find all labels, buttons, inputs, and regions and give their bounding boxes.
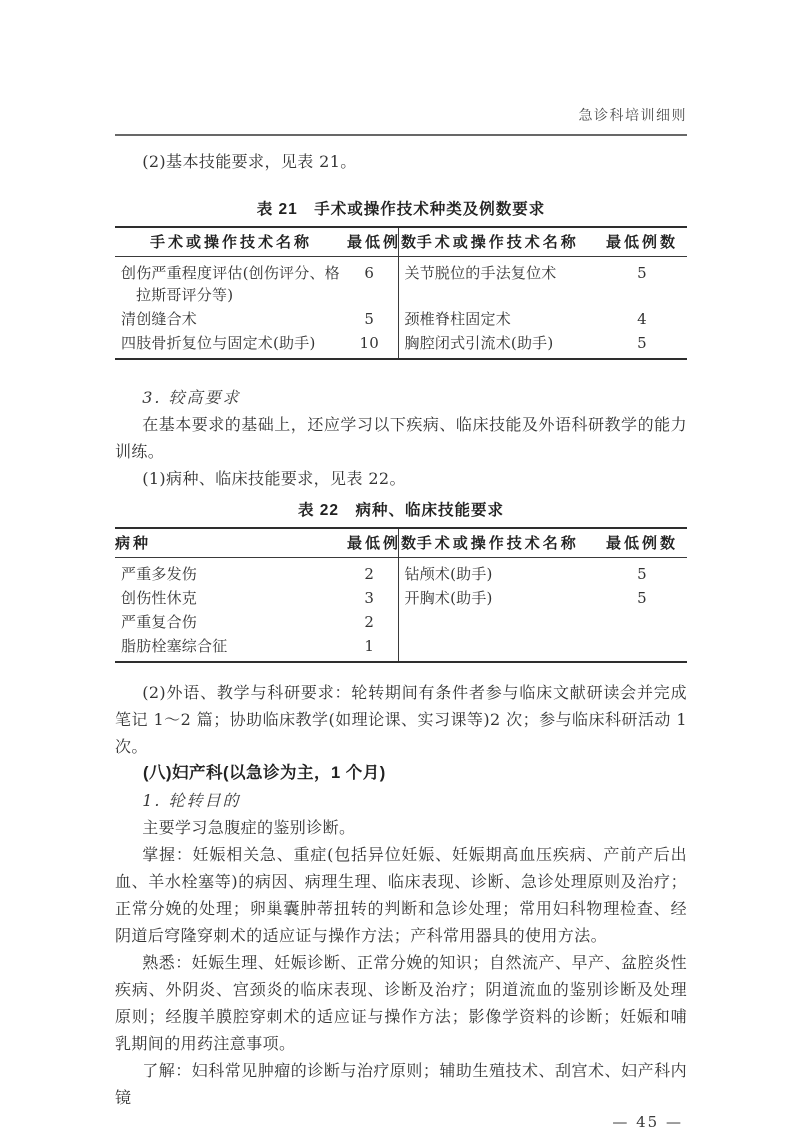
table22-header-count-right: 最低例数: [597, 528, 687, 558]
paragraph-higher-requirements: 在基本要求的基础上，还应学习以下疾病、临床技能及外语科研教学的能力训练。: [115, 411, 687, 465]
paragraph-understand: 了解：妇科常见肿瘤的诊断与治疗原则；辅助生殖技术、刮宫术、妇产科内镜: [115, 1057, 687, 1111]
table-row: 创伤严重程度评估(创伤评分、格拉斯哥评分等) 6 关节脱位的手法复位术 5: [115, 257, 687, 308]
min-cases-cell: 2: [347, 610, 398, 634]
paragraph-master: 掌握：妊娠相关急、重症(包括异位妊娠、妊娠期高血压疾病、产前产后出血、羊水栓塞等…: [115, 841, 687, 949]
table21-header-name-left: 手术或操作技术名称: [115, 227, 347, 257]
procedure-name-cell: [398, 610, 597, 634]
min-cases-cell: 1: [347, 634, 398, 662]
table-row: 创伤性休克 3 开胸术(助手) 5: [115, 586, 687, 610]
table22-caption: 表 22 病种、临床技能要求: [115, 500, 687, 522]
table22-header-row: 病种 最低例数 手术或操作技术名称 最低例数: [115, 528, 687, 558]
table22-header-name-right: 手术或操作技术名称: [398, 528, 597, 558]
heading-higher-requirements: 3. 较高要求: [115, 384, 687, 411]
table21-header-count-left: 最低例数: [347, 227, 398, 257]
header-rule: [115, 134, 687, 136]
min-cases-cell: [597, 610, 687, 634]
procedure-name-cell: 颈椎脊柱固定术: [398, 307, 597, 331]
min-cases-cell: 5: [597, 558, 687, 587]
procedure-name-cell: 清创缝合术: [115, 307, 347, 331]
min-cases-cell: 10: [347, 331, 398, 359]
min-cases-cell: 2: [347, 558, 398, 587]
min-cases-cell: 5: [597, 331, 687, 359]
procedure-name-cell: 钻颅术(助手): [398, 558, 597, 587]
document-page: 急诊科培训细则 (2)基本技能要求，见表 21。 表 21 手术或操作技术种类及…: [0, 0, 800, 1131]
page-number: — 45 —: [115, 1112, 687, 1132]
running-header: 急诊科培训细则: [115, 106, 687, 126]
table21-header-count-right: 最低例数: [597, 227, 687, 257]
procedure-name-cell: 胸腔闭式引流术(助手): [398, 331, 597, 359]
heading-rotation-purpose: 1. 轮转目的: [115, 787, 687, 814]
page-content: 急诊科培训细则 (2)基本技能要求，见表 21。 表 21 手术或操作技术种类及…: [115, 0, 687, 1132]
procedure-name-cell: 四肢骨折复位与固定术(助手): [115, 331, 347, 359]
min-cases-cell: 5: [597, 586, 687, 610]
table22: 病种 最低例数 手术或操作技术名称 最低例数 严重多发伤 2 钻颅术(助手) 5…: [115, 527, 687, 663]
paragraph-basic-skills: (2)基本技能要求，见表 21。: [115, 148, 687, 175]
table-row: 严重多发伤 2 钻颅术(助手) 5: [115, 558, 687, 587]
running-header-title: 急诊科培训细则: [579, 108, 688, 124]
procedure-name-cell: 开胸术(助手): [398, 586, 597, 610]
min-cases-cell: 5: [597, 257, 687, 308]
min-cases-cell: 6: [347, 257, 398, 308]
paragraph-familiar: 熟悉：妊娠生理、妊娠诊断、正常分娩的知识；自然流产、早产、盆腔炎性疾病、外阴炎、…: [115, 949, 687, 1057]
table22-header-name-left: 病种: [115, 528, 347, 558]
paragraph-disease-skills: (1)病种、临床技能要求，见表 22。: [115, 465, 687, 492]
procedure-name-cell: 关节脱位的手法复位术: [398, 257, 597, 308]
table-row: 脂肪栓塞综合征 1: [115, 634, 687, 662]
table21-header-row: 手术或操作技术名称 最低例数 手术或操作技术名称 最低例数: [115, 227, 687, 257]
min-cases-cell: 3: [347, 586, 398, 610]
disease-name-cell: 严重多发伤: [115, 558, 347, 587]
min-cases-cell: [597, 634, 687, 662]
table22-header-count-left: 最低例数: [347, 528, 398, 558]
table21-header-name-right: 手术或操作技术名称: [398, 227, 597, 257]
table-row: 清创缝合术 5 颈椎脊柱固定术 4: [115, 307, 687, 331]
heading-obstetrics-gynecology: (八)妇产科(以急诊为主，1 个月): [115, 760, 687, 787]
min-cases-cell: 4: [597, 307, 687, 331]
disease-name-cell: 创伤性休克: [115, 586, 347, 610]
procedure-name-cell: [398, 634, 597, 662]
table21: 手术或操作技术名称 最低例数 手术或操作技术名称 最低例数 创伤严重程度评估(创…: [115, 226, 687, 360]
min-cases-cell: 5: [347, 307, 398, 331]
procedure-name-cell: 创伤严重程度评估(创伤评分、格拉斯哥评分等): [115, 257, 347, 308]
table21-caption: 表 21 手术或操作技术种类及例数要求: [115, 199, 687, 221]
table-row: 四肢骨折复位与固定术(助手) 10 胸腔闭式引流术(助手) 5: [115, 331, 687, 359]
paragraph-foreign-teaching-research: (2)外语、教学与科研要求：轮转期间有条件者参与临床文献研读会并完成笔记 1～2…: [115, 679, 687, 760]
paragraph-rotation-goal: 主要学习急腹症的鉴别诊断。: [115, 814, 687, 841]
disease-name-cell: 脂肪栓塞综合征: [115, 634, 347, 662]
table-row: 严重复合伤 2: [115, 610, 687, 634]
disease-name-cell: 严重复合伤: [115, 610, 347, 634]
